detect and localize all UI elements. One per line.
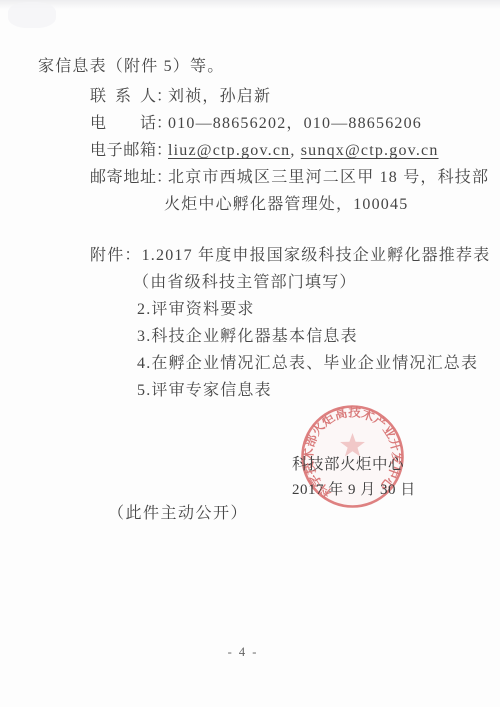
document-page: 家信息表（附件 5）等。 联系人：刘祯，孙启新 电话：010—88656202，… (0, 0, 500, 707)
email-separator: , (290, 142, 300, 159)
email-address-1: liuz@ctp.gov.cn (168, 142, 290, 159)
attachment-item: 3.科技企业孵化器基本信息表 (137, 327, 358, 347)
contact-address-value: 北京市西城区三里河二区甲 18 号，科技部 (168, 169, 489, 186)
signature-org: 科技部火炬中心 (292, 452, 404, 474)
attachment-item-5: 5.评审专家信息表 (137, 382, 272, 399)
attachment-item-1: 1.2017 年度申报国家级科技企业孵化器推荐表 (142, 247, 491, 264)
signature-date-text: 2017 年 9 月 30 日 (292, 482, 416, 498)
contact-row-address: 邮寄地址：北京市西城区三里河二区甲 18 号，科技部 (90, 168, 489, 188)
scan-artifact-corner (8, 2, 56, 28)
attachment-item-2: 2.评审资料要求 (137, 301, 255, 318)
contact-email-label: 电子邮箱 (90, 141, 156, 161)
colon: ： (156, 168, 168, 188)
colon: ： (156, 141, 168, 161)
contact-row-email: 电子邮箱：liuz@ctp.gov.cn, sunqx@ctp.gov.cn (90, 141, 439, 161)
intro-text: 家信息表（附件 5）等。 (38, 58, 224, 75)
address-continuation: 火炬中心孵化器管理处，100045 (164, 195, 408, 215)
intro-line: 家信息表（附件 5）等。 (38, 57, 224, 77)
attachments-heading: 附件：1.2017 年度申报国家级科技企业孵化器推荐表 (90, 246, 490, 266)
signature-date: 2017 年 9 月 30 日 (292, 478, 416, 499)
contact-address-value-2: 火炬中心孵化器管理处，100045 (164, 196, 408, 213)
attachment-item: （由省级科技主管部门填写） (133, 273, 357, 293)
scan-artifact-top (0, 0, 500, 9)
email-address-2: sunqx@ctp.gov.cn (301, 142, 439, 159)
attachments-label: 附件： (90, 247, 142, 264)
colon: ： (156, 114, 168, 134)
attachment-item-1-note: （由省级科技主管部门填写） (133, 274, 357, 291)
contact-row-name: 联系人：刘祯，孙启新 (90, 87, 271, 107)
attachment-item: 2.评审资料要求 (137, 300, 255, 320)
page-number: - 4 - (0, 645, 486, 660)
contact-phone-value: 010—88656202，010—88656206 (168, 115, 422, 132)
contact-row-phone: 电话：010—88656202，010—88656206 (90, 114, 422, 134)
attachment-item-4: 4.在孵企业情况汇总表、毕业企业情况汇总表 (137, 355, 478, 372)
disclosure-text: （此件主动公开） (108, 505, 248, 522)
contact-phone-label: 电话 (90, 114, 156, 134)
page-number-text: - 4 - (228, 645, 259, 659)
contact-name-value: 刘祯，孙启新 (168, 88, 271, 105)
attachment-item: 4.在孵企业情况汇总表、毕业企业情况汇总表 (137, 354, 478, 374)
contact-address-label: 邮寄地址 (90, 168, 156, 188)
attachment-item-3: 3.科技企业孵化器基本信息表 (137, 328, 358, 345)
attachment-item: 5.评审专家信息表 (137, 381, 272, 401)
colon: ： (156, 87, 168, 107)
contact-name-label: 联系人 (90, 87, 156, 107)
signature-org-text: 科技部火炬中心 (292, 456, 404, 473)
disclosure-note: （此件主动公开） (108, 504, 248, 524)
